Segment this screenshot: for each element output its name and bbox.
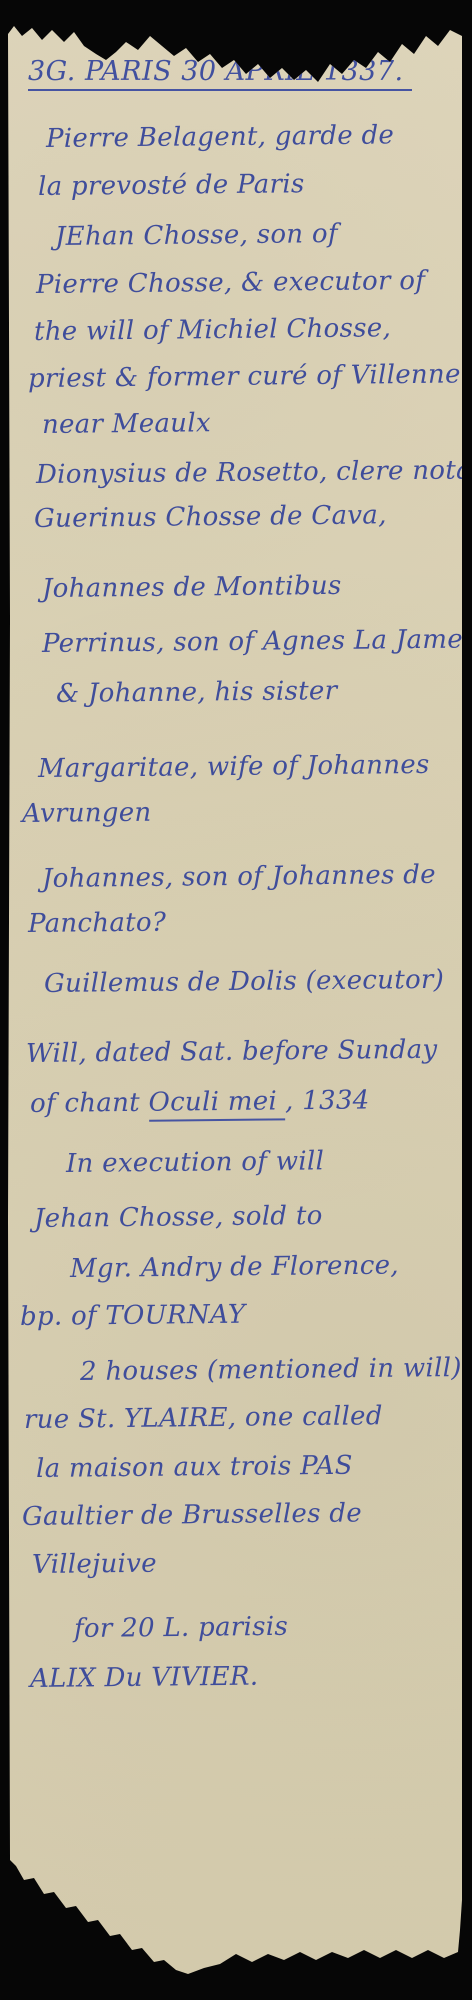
underlined-text: 3G. PARIS 30 APRIL 1337.: [28, 56, 412, 91]
note-line-15: Johannes, son of Johannes de: [42, 860, 436, 895]
note-line-30: ALIX Du VIVIER.: [30, 1662, 259, 1696]
photo-background: A307 3G. PARIS 30 APRIL 1337.Pierre Bela…: [0, 0, 472, 2000]
note-line-29: for 20 L. parisis: [74, 1612, 288, 1645]
note-line-28: Villejuive: [32, 1549, 157, 1581]
note-line-13: Margaritae, wife of Johannes: [38, 750, 430, 785]
note-line-19: of chant Oculi mei, 1334: [30, 1085, 370, 1120]
note-line-25: rue St. YLAIRE, one called: [24, 1401, 383, 1436]
note-line-24: 2 houses (mentioned in will): [80, 1353, 462, 1388]
note-line-27: Gaultier de Brusselles de: [22, 1498, 362, 1533]
note-line-22: Mgr. Andry de Florence,: [70, 1251, 399, 1286]
note-line-11: Perrinus, son of Agnes La Jame: [42, 625, 463, 661]
note-line-1: Pierre Belagent, garde de: [46, 120, 394, 155]
note-line-8: Dionysius de Rosetto, clere notaires: [36, 455, 472, 491]
note-line-0: 3G. PARIS 30 APRIL 1337.: [28, 56, 412, 88]
note-paper: A307 3G. PARIS 30 APRIL 1337.Pierre Bela…: [8, 20, 462, 1984]
note-line-12: & Johanne, his sister: [56, 676, 338, 710]
note-line-2: la prevosté de Paris: [38, 169, 305, 203]
note-line-3: JEhan Chosse, son of: [55, 219, 338, 253]
note-line-4: Pierre Chosse, & executor of: [36, 266, 426, 301]
note-line-23: bp. of TOURNAY: [20, 1300, 246, 1334]
note-line-17: Guillemus de Dolis (executor): [44, 965, 444, 1000]
note-line-7: near Meaulx: [42, 408, 211, 441]
note-line-9: Guerinus Chosse de Cava,: [34, 500, 387, 535]
note-line-21: Jehan Chosse, sold to: [34, 1201, 323, 1235]
note-line-5: the will of Michiel Chosse,: [34, 313, 391, 348]
note-line-20: In execution of will: [66, 1146, 325, 1180]
note-line-10: Johannes de Montibus: [42, 571, 342, 605]
note-line-14: Avrungen: [22, 798, 152, 831]
note-line-18: Will, dated Sat. before Sunday: [26, 1035, 438, 1070]
underlined-text: Oculi mei: [148, 1086, 285, 1121]
note-line-16: Panchato?: [28, 908, 166, 941]
note-line-26: la maison aux trois PAS: [36, 1451, 353, 1486]
note-line-6: priest & former curé of Villenneul: [28, 359, 472, 395]
